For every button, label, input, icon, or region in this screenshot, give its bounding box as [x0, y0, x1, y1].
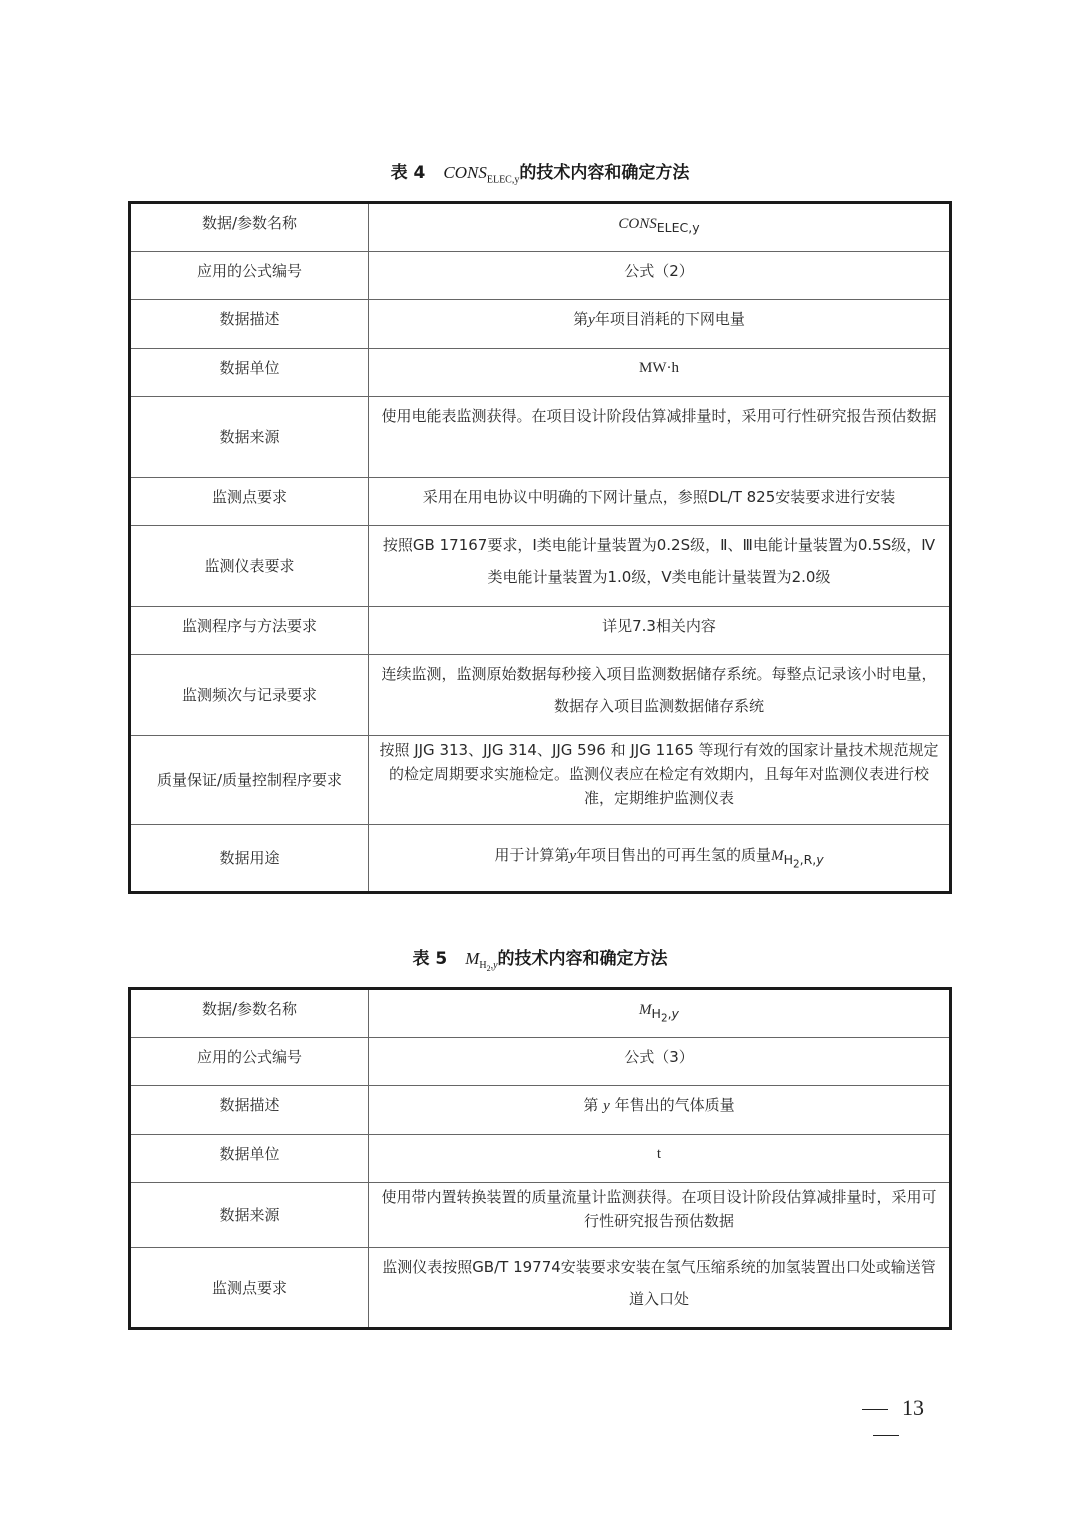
sub-part: H	[784, 852, 793, 867]
text: 年项目消耗的下网电量	[595, 310, 745, 328]
row-value: 使用带内置转换装置的质量流量计监测获得。在项目设计阶段估算减排量时，采用可行性研…	[369, 1183, 951, 1248]
table-row: 应用的公式编号 公式（3）	[130, 1038, 951, 1086]
sub-part: H	[479, 960, 486, 971]
sub-var: y	[816, 852, 823, 867]
table-row: 数据单位 MW·h	[130, 349, 951, 397]
table-row: 监测点要求 监测仪表按照GB/T 19774安装要求安装在氢气压缩系统的加氢装置…	[130, 1248, 951, 1329]
table-row: 监测频次与记录要求 连续监测，监测原始数据每秒接入项目监测数据储存系统。每整点记…	[130, 655, 951, 736]
row-value: 采用在用电协议中明确的下网计量点，参照DL/T 825安装要求进行安装	[369, 478, 951, 526]
variable: y	[603, 1098, 610, 1114]
symbol-main: M	[465, 949, 479, 968]
symbol-main: CONS	[443, 163, 486, 182]
row-label: 监测点要求	[130, 1248, 369, 1329]
table-5-symbol: MH2,y	[465, 949, 497, 968]
row-label: 数据来源	[130, 397, 369, 478]
table-row: 数据来源 使用电能表监测获得。在项目设计阶段估算减排量时，采用可行性研究报告预估…	[130, 397, 951, 478]
row-label: 数据单位	[130, 1135, 369, 1183]
page-number-value: 13	[902, 1395, 924, 1420]
row-value: 详见7.3相关内容	[369, 607, 951, 655]
table-row: 应用的公式编号 公式（2）	[130, 252, 951, 300]
row-label: 应用的公式编号	[130, 1038, 369, 1086]
symbol-subscript: H2,y	[652, 1006, 679, 1021]
row-value: 监测仪表按照GB/T 19774安装要求安装在氢气压缩系统的加氢装置出口处或输送…	[369, 1248, 951, 1329]
row-value: 用于计算第y年项目售出的可再生氢的质量MH2,R,y	[369, 825, 951, 893]
table-row: 监测点要求 采用在用电协议中明确的下网计量点，参照DL/T 825安装要求进行安…	[130, 478, 951, 526]
row-label: 应用的公式编号	[130, 252, 369, 300]
dash-right	[873, 1435, 899, 1436]
row-label: 质量保证/质量控制程序要求	[130, 736, 369, 825]
table-row: 数据单位 t	[130, 1135, 951, 1183]
table-4-number: 表 4	[391, 163, 426, 183]
sub-part: 2	[661, 1013, 668, 1025]
symbol-main: M	[771, 848, 784, 864]
text: 年售出的气体质量	[610, 1096, 735, 1114]
text: 用于计算第	[494, 846, 569, 864]
table-row: 监测程序与方法要求 详见7.3相关内容	[130, 607, 951, 655]
table-row: 数据用途 用于计算第y年项目售出的可再生氢的质量MH2,R,y	[130, 825, 951, 893]
table-4: 数据/参数名称 CONSELEC,y 应用的公式编号 公式（2） 数据描述 第y…	[128, 201, 952, 894]
table-row: 数据/参数名称 MH2,y	[130, 989, 951, 1038]
row-value: 使用电能表监测获得。在项目设计阶段估算减排量时，采用可行性研究报告预估数据	[369, 397, 951, 478]
row-label: 数据/参数名称	[130, 203, 369, 252]
row-value: 第 y 年售出的气体质量	[369, 1086, 951, 1135]
row-label: 监测点要求	[130, 478, 369, 526]
row-value: 按照GB 17167要求，Ⅰ类电能计量装置为0.2S级，Ⅱ、Ⅲ电能计量装置为0.…	[369, 526, 951, 607]
table-4-caption: 表 4CONSELEC,y的技术内容和确定方法	[0, 158, 1080, 185]
symbol-subscript: ELEC,y	[487, 174, 520, 185]
table-5-caption-text: 的技术内容和确定方法	[498, 949, 668, 969]
sub-part: H	[652, 1006, 661, 1021]
row-value: 公式（3）	[369, 1038, 951, 1086]
table-4-symbol: CONSELEC,y	[443, 163, 519, 182]
row-label: 数据描述	[130, 300, 369, 349]
table-row: 数据/参数名称 CONSELEC,y	[130, 203, 951, 252]
table-row: 数据描述 第 y 年售出的气体质量	[130, 1086, 951, 1135]
table-4-caption-text: 的技术内容和确定方法	[519, 163, 689, 183]
row-value: 公式（2）	[369, 252, 951, 300]
row-label: 监测程序与方法要求	[130, 607, 369, 655]
symbol-main: M	[639, 1002, 652, 1018]
row-label: 数据描述	[130, 1086, 369, 1135]
text: 年项目售出的可再生氢的质量	[576, 846, 771, 864]
dash-left	[862, 1409, 888, 1410]
row-value: MH2,y	[369, 989, 951, 1038]
variable: y	[588, 312, 595, 328]
symbol-subscript: ELEC,y	[657, 220, 700, 235]
row-label: 数据来源	[130, 1183, 369, 1248]
row-label: 监测频次与记录要求	[130, 655, 369, 736]
table-5: 数据/参数名称 MH2,y 应用的公式编号 公式（3） 数据描述 第 y 年售出…	[128, 987, 952, 1330]
table-5-caption: 表 5MH2,y的技术内容和确定方法	[0, 944, 1080, 973]
page-number: 13	[826, 1395, 946, 1447]
row-value: MW·h	[369, 349, 951, 397]
table-row: 数据来源 使用带内置转换装置的质量流量计监测获得。在项目设计阶段估算减排量时，采…	[130, 1183, 951, 1248]
row-value: 第y年项目消耗的下网电量	[369, 300, 951, 349]
row-value: t	[369, 1135, 951, 1183]
row-label: 数据/参数名称	[130, 989, 369, 1038]
sub-part: 2	[793, 858, 800, 870]
symbol-subscript: H2,R,y	[784, 852, 824, 867]
table-row: 数据描述 第y年项目消耗的下网电量	[130, 300, 951, 349]
sub-var: y	[672, 1006, 679, 1021]
symbol-subscript: H2,y	[479, 960, 497, 971]
row-value: 按照 JJG 313、JJG 314、JJG 596 和 JJG 1165 等现…	[369, 736, 951, 825]
table-5-number: 表 5	[412, 949, 447, 969]
row-label: 数据用途	[130, 825, 369, 893]
sub-part: ,R,	[800, 852, 817, 867]
text: 第	[573, 310, 588, 328]
row-label: 监测仪表要求	[130, 526, 369, 607]
row-value: CONSELEC,y	[369, 203, 951, 252]
text: 第	[583, 1096, 603, 1114]
table-row: 质量保证/质量控制程序要求 按照 JJG 313、JJG 314、JJG 596…	[130, 736, 951, 825]
table-row: 监测仪表要求 按照GB 17167要求，Ⅰ类电能计量装置为0.2S级，Ⅱ、Ⅲ电能…	[130, 526, 951, 607]
row-value: 连续监测，监测原始数据每秒接入项目监测数据储存系统。每整点记录该小时电量，数据存…	[369, 655, 951, 736]
row-label: 数据单位	[130, 349, 369, 397]
symbol-main: CONS	[618, 216, 656, 232]
